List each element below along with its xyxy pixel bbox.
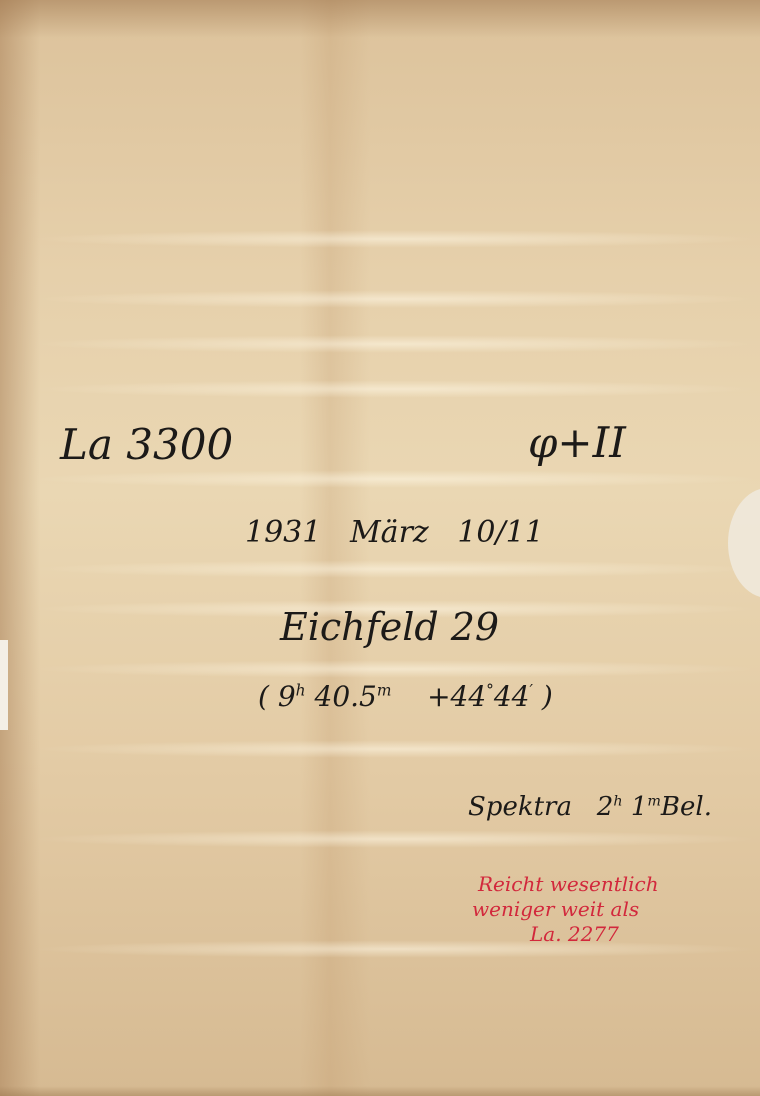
dec-minutes: 44 <box>494 680 530 713</box>
paper-fold <box>30 230 760 248</box>
plate-id-text: La 3300 <box>60 420 233 469</box>
coord-close: ) <box>542 680 553 713</box>
plate-mark: φ+II <box>528 418 626 467</box>
torn-left-edge <box>0 640 8 730</box>
date-nights: 10/11 <box>457 515 543 550</box>
exposure-hours: 2 <box>597 792 614 822</box>
exposure-minutes-unit: m <box>647 793 661 809</box>
date-month: März <box>350 515 429 550</box>
ra-minutes: 40.5 <box>315 680 377 713</box>
dec-degrees-unit: ° <box>486 682 494 700</box>
plate-mark-text: φ+II <box>528 418 626 467</box>
paper-fold <box>30 290 760 308</box>
paper-fold <box>30 830 760 848</box>
exposure-hours-unit: h <box>613 793 622 809</box>
paper-fold <box>30 380 760 398</box>
observation-date: 1931 März 10/11 <box>245 515 544 550</box>
red-annotation: Reicht wesentlich weniger weit als La. 2… <box>478 872 659 947</box>
exposure-minutes: 1 <box>631 792 648 822</box>
red-note-line2: weniger weit als <box>472 897 659 922</box>
ra-hours: 9 <box>278 680 296 713</box>
red-note-line3: La. 2277 <box>530 922 659 947</box>
plate-id: La 3300 <box>60 420 233 469</box>
dec-degrees: +44 <box>427 680 486 713</box>
object-name: Eichfeld 29 <box>280 605 499 649</box>
paper-fold <box>30 740 760 758</box>
ra-minutes-unit: m <box>377 682 392 700</box>
coord-open: ( <box>258 680 269 713</box>
paper-fold <box>30 335 760 353</box>
object-name-text: Eichfeld 29 <box>280 605 499 649</box>
ra-hours-unit: h <box>296 682 306 700</box>
date-year: 1931 <box>245 515 321 550</box>
exposure-suffix: Bel. <box>661 792 712 822</box>
red-note-line1: Reicht wesentlich <box>478 872 659 897</box>
exposure-label: Spektra <box>468 792 572 822</box>
exposure-note: Spektra 2h 1mBel. <box>468 792 712 822</box>
coordinates: ( 9h 40.5m +44°44′ ) <box>258 680 553 713</box>
bottom-edge <box>0 1086 760 1096</box>
plate-sleeve: La 3300 φ+II 1931 März 10/11 Eichfeld 29… <box>0 0 760 1096</box>
paper-fold <box>30 560 760 578</box>
thumb-cutout <box>728 488 760 598</box>
paper-fold <box>30 470 760 488</box>
dec-minutes-unit: ′ <box>530 682 534 700</box>
paper-fold <box>30 660 760 678</box>
